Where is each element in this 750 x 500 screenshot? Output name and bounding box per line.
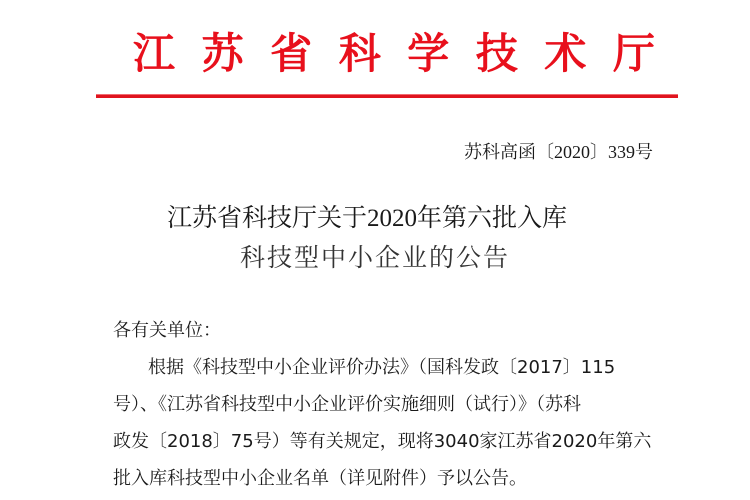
salutation: 各有关单位： (113, 318, 221, 344)
masthead-char: 技 (476, 26, 516, 82)
body-text-line: 批入库科技型中小企业名单（详见附件）予以公告。 (113, 466, 527, 492)
body-text-line: 根据《科技型中小企业评价办法》（国科发政〔2017〕115 (148, 355, 615, 381)
masthead-char: 科 (339, 26, 379, 82)
notice-heading-line-1: 江苏省科技厅关于2020年第六批入库 (0, 204, 742, 234)
notice-heading-line-2: 科技型中小企业的公告 (0, 244, 750, 274)
masthead-char: 学 (407, 26, 447, 82)
masthead-char: 苏 (202, 26, 242, 82)
red-divider-line (96, 94, 678, 98)
body-text-line: 政发〔2018〕75号）等有关规定，现将3040家江苏省2020年第六 (113, 429, 651, 455)
document-number: 苏科高函〔2020〕339号 (464, 138, 653, 166)
masthead-char: 术 (544, 26, 584, 82)
masthead-char: 江 (133, 26, 173, 82)
masthead-char: 厅 (613, 26, 653, 82)
masthead-char: 省 (270, 26, 310, 82)
agency-masthead: 江 苏 省 科 学 技 术 厅 (133, 26, 653, 82)
body-text-line: 号）、《江苏省科技型中小企业评价实施细则（试行）》（苏科 (113, 392, 581, 418)
